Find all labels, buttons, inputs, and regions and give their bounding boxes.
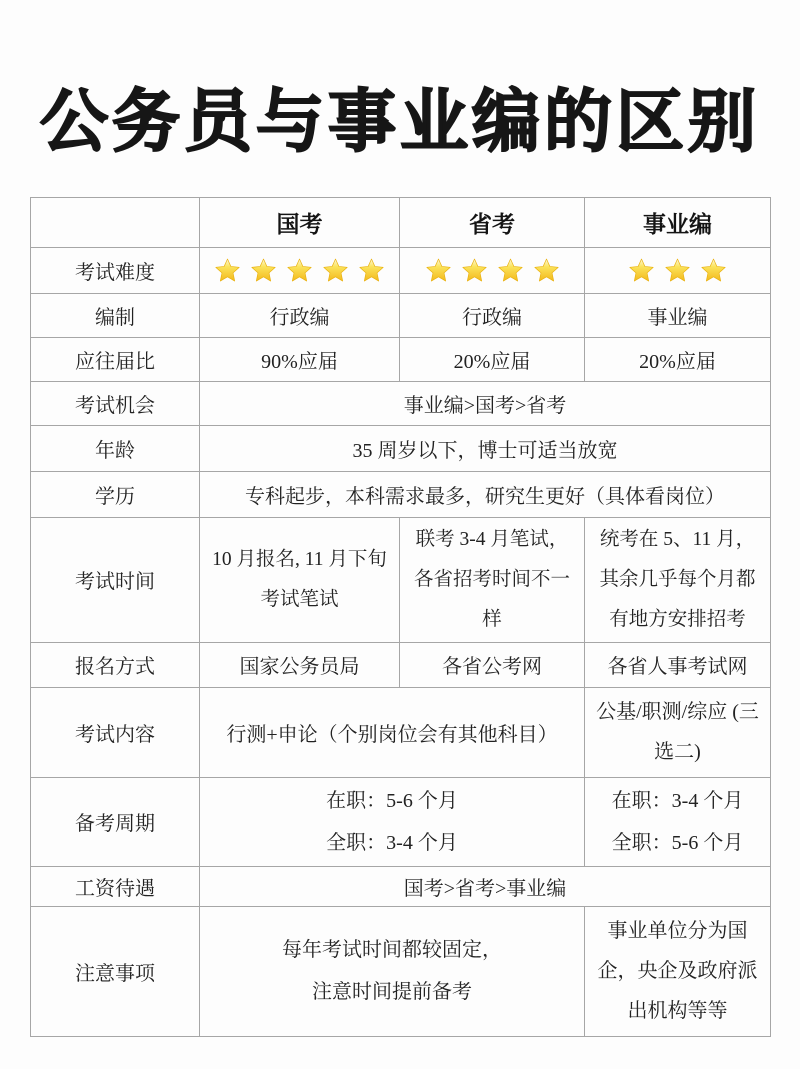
row-establishment: 编制 行政编 行政编 事业编: [31, 294, 771, 338]
row-difficulty: 考试难度: [31, 248, 771, 294]
row-label-fresh-grad-ratio: 应往届比: [31, 338, 200, 382]
exam-content-civil: 行测+申论（个别岗位会有其他科目）: [200, 687, 585, 777]
exam-time-guokao: 10 月报名, 11 月下旬考试笔试: [200, 518, 400, 643]
star-icon: [358, 257, 385, 284]
registration-shiyebian: 各省人事考试网: [585, 642, 771, 687]
row-label-registration: 报名方式: [31, 642, 200, 687]
ratio-guokao: 90%应届: [200, 338, 400, 382]
registration-shengkao: 各省公考网: [400, 642, 585, 687]
difficulty-stars-shengkao: [410, 257, 574, 284]
row-exam-chances: 考试机会 事业编>国考>省考: [31, 382, 771, 426]
row-label-difficulty: 考试难度: [31, 248, 200, 294]
row-label-notes: 注意事项: [31, 906, 200, 1036]
exam-content-shiyebian: 公基/职测/综应 (三选二): [585, 687, 771, 777]
prep-shiyebian-line2: 全职：5-6 个月: [595, 822, 760, 864]
establishment-guokao: 行政编: [200, 294, 400, 338]
poster-page: 公务员与事业编的区别 国考 省考 事业编 考试难度: [0, 0, 800, 1069]
ratio-shiyebian: 20%应届: [585, 338, 771, 382]
page-title: 公务员与事业编的区别: [0, 68, 800, 165]
row-label-age: 年龄: [31, 426, 200, 472]
row-notes: 注意事项 每年考试时间都较固定， 注意时间提前备考 事业单位分为国企，央企及政府…: [31, 906, 771, 1036]
header-shengkao: 省考: [400, 198, 585, 248]
star-icon: [461, 257, 488, 284]
star-icon: [250, 257, 277, 284]
row-prep-period: 备考周期 在职：5-6 个月 全职：3-4 个月 在职：3-4 个月 全职：5-…: [31, 777, 771, 866]
row-label-exam-time: 考试时间: [31, 518, 200, 643]
ratio-shengkao: 20%应届: [400, 338, 585, 382]
table-header-row: 国考 省考 事业编: [31, 198, 771, 248]
age-value: 35 周岁以下，博士可适当放宽: [200, 426, 771, 472]
row-label-exam-content: 考试内容: [31, 687, 200, 777]
education-value: 专科起步，本科需求最多，研究生更好（具体看岗位）: [200, 472, 771, 518]
exam-time-shengkao: 联考 3-4 月笔试，各省招考时间不一样: [400, 518, 585, 643]
star-icon: [628, 257, 655, 284]
notes-shiyebian: 事业单位分为国企，央企及政府派出机构等等: [585, 906, 771, 1036]
row-exam-content: 考试内容 行测+申论（个别岗位会有其他科目） 公基/职测/综应 (三选二): [31, 687, 771, 777]
row-label-prep-period: 备考周期: [31, 777, 200, 866]
difficulty-cell-shiyebian: [585, 248, 771, 294]
difficulty-cell-shengkao: [400, 248, 585, 294]
header-empty-cell: [31, 198, 200, 248]
star-icon: [214, 257, 241, 284]
prep-civil-line2: 全职：3-4 个月: [210, 822, 574, 864]
prep-civil-line1: 在职：5-6 个月: [210, 780, 574, 822]
row-exam-time: 考试时间 10 月报名, 11 月下旬考试笔试 联考 3-4 月笔试，各省招考时…: [31, 518, 771, 643]
notes-civil: 每年考试时间都较固定， 注意时间提前备考: [200, 906, 585, 1036]
header-shiyebian: 事业编: [585, 198, 771, 248]
star-icon: [533, 257, 560, 284]
row-label-education: 学历: [31, 472, 200, 518]
row-fresh-grad-ratio: 应往届比 90%应届 20%应届 20%应届: [31, 338, 771, 382]
star-icon: [664, 257, 691, 284]
notes-civil-line1: 每年考试时间都较固定，: [210, 929, 574, 971]
row-salary: 工资待遇 国考>省考>事业编: [31, 866, 771, 906]
row-label-exam-chances: 考试机会: [31, 382, 200, 426]
establishment-shiyebian: 事业编: [585, 294, 771, 338]
exam-time-shiyebian: 统考在 5、11 月，其余几乎每个月都有地方安排招考: [585, 518, 771, 643]
registration-guokao: 国家公务员局: [200, 642, 400, 687]
notes-civil-line2: 注意时间提前备考: [210, 971, 574, 1013]
prep-period-shiyebian: 在职：3-4 个月 全职：5-6 个月: [585, 777, 771, 866]
comparison-table: 国考 省考 事业编 考试难度 编制 行政编 行政编 事: [30, 197, 771, 1037]
star-icon: [497, 257, 524, 284]
row-education: 学历 专科起步，本科需求最多，研究生更好（具体看岗位）: [31, 472, 771, 518]
header-guokao: 国考: [200, 198, 400, 248]
row-age: 年龄 35 周岁以下，博士可适当放宽: [31, 426, 771, 472]
prep-shiyebian-line1: 在职：3-4 个月: [595, 780, 760, 822]
difficulty-stars-guokao: [210, 257, 389, 284]
row-registration: 报名方式 国家公务员局 各省公考网 各省人事考试网: [31, 642, 771, 687]
prep-period-civil: 在职：5-6 个月 全职：3-4 个月: [200, 777, 585, 866]
row-label-establishment: 编制: [31, 294, 200, 338]
star-icon: [286, 257, 313, 284]
row-label-salary: 工资待遇: [31, 866, 200, 906]
difficulty-stars-shiyebian: [595, 257, 760, 284]
star-icon: [700, 257, 727, 284]
difficulty-cell-guokao: [200, 248, 400, 294]
establishment-shengkao: 行政编: [400, 294, 585, 338]
star-icon: [425, 257, 452, 284]
exam-chances-value: 事业编>国考>省考: [200, 382, 771, 426]
salary-value: 国考>省考>事业编: [200, 866, 771, 906]
star-icon: [322, 257, 349, 284]
